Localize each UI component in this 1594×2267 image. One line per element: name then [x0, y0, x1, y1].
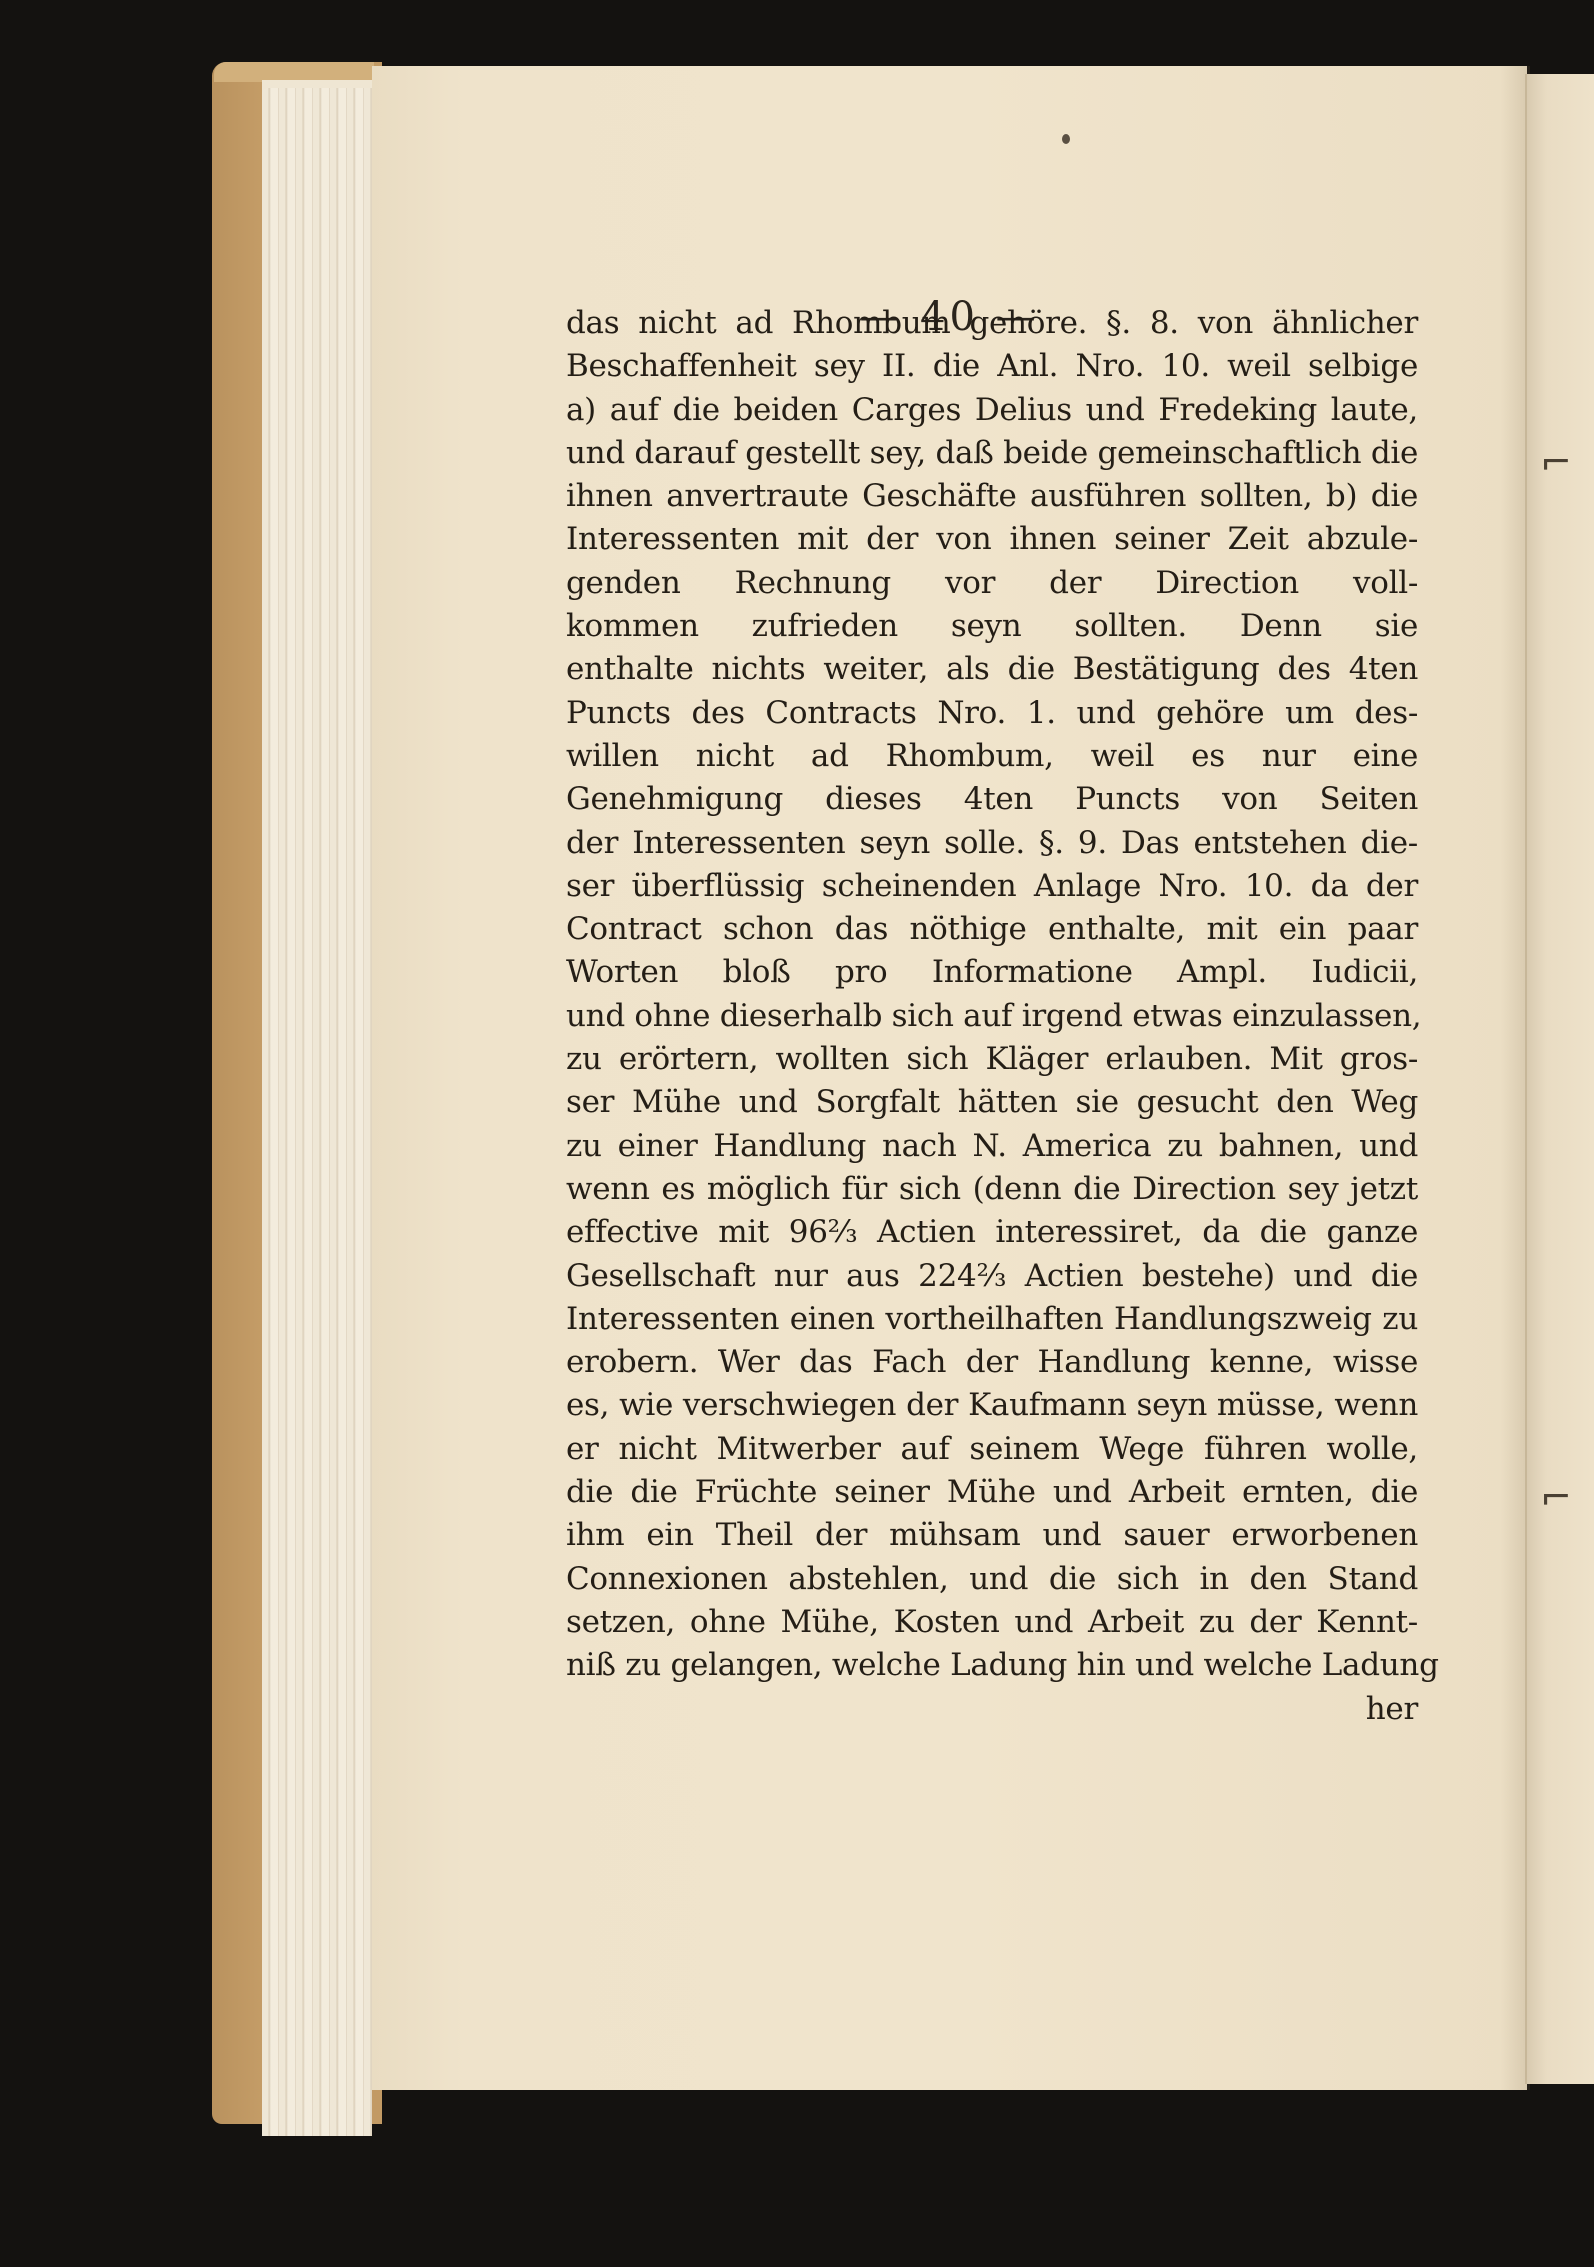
text-line: zu erörtern, wollten sich Kläger erlaube… — [566, 1038, 1418, 1081]
facing-page-mark: ⌐ — [1540, 440, 1572, 484]
text-line: Beschaffenheit sey II. die Anl. Nro. 10.… — [566, 345, 1418, 388]
text-line: er nicht Mitwerber auf seinem Wege führe… — [566, 1428, 1418, 1471]
text-line: niß zu gelangen, welche Ladung hin und w… — [566, 1644, 1418, 1687]
text-line: a) auf die beiden Carges Delius und Fred… — [566, 389, 1418, 432]
text-line: ser überflüssig scheinenden Anlage Nro. … — [566, 865, 1418, 908]
text-line: willen nicht ad Rhombum, weil es nur ein… — [566, 735, 1418, 778]
text-line: das nicht ad Rhombum gehöre. §. 8. von ä… — [566, 302, 1418, 345]
ink-spot — [1062, 134, 1070, 144]
text-line: die die Früchte seiner Mühe und Arbeit e… — [566, 1471, 1418, 1514]
text-line: kommen zufrieden seyn sollten. Denn sie — [566, 605, 1418, 648]
text-line: ihm ein Theil der mühsam und sauer erwor… — [566, 1514, 1418, 1557]
facing-page — [1527, 74, 1594, 2084]
binding-top-edge — [214, 62, 374, 82]
text-line: Gesellschaft nur aus 224⅔ Actien bestehe… — [566, 1255, 1418, 1298]
text-line: wenn es möglich für sich (denn die Direc… — [566, 1168, 1418, 1211]
text-line: es, wie verschwiegen der Kaufmann seyn m… — [566, 1384, 1418, 1427]
text-line: zu einer Handlung nach N. America zu bah… — [566, 1125, 1418, 1168]
text-line: ihnen anvertraute Geschäfte ausführen so… — [566, 475, 1418, 518]
text-line: erobern. Wer das Fach der Handlung kenne… — [566, 1341, 1418, 1384]
page-text: das nicht ad Rhombum gehöre. §. 8. von ä… — [566, 302, 1418, 1731]
text-line: genden Rechnung vor der Direction voll- — [566, 562, 1418, 605]
text-line: Worten bloß pro Informatione Ampl. Iudic… — [566, 951, 1418, 994]
text-line: enthalte nichts weiter, als die Bestätig… — [566, 648, 1418, 691]
catchword: her — [566, 1688, 1418, 1731]
text-line: Interessenten einen vortheilhaften Handl… — [566, 1298, 1418, 1341]
text-line: und ohne dieserhalb sich auf irgend etwa… — [566, 995, 1418, 1038]
text-line: Contract schon das nöthige enthalte, mit… — [566, 908, 1418, 951]
text-line: der Interessenten seyn solle. §. 9. Das … — [566, 822, 1418, 865]
page-stack-edges — [262, 88, 372, 2136]
text-line: ser Mühe und Sorgfalt hätten sie gesucht… — [566, 1081, 1418, 1124]
facing-page-mark: ⌐ — [1540, 1475, 1572, 1519]
text-line: Puncts des Contracts Nro. 1. und gehöre … — [566, 692, 1418, 735]
text-line: effective mit 96⅔ Actien interessiret, d… — [566, 1211, 1418, 1254]
text-line: und darauf gestellt sey, daß beide gemei… — [566, 432, 1418, 475]
text-line: Interessenten mit der von ihnen seiner Z… — [566, 518, 1418, 561]
text-line: Genehmigung dieses 4ten Puncts von Seite… — [566, 778, 1418, 821]
text-line: Connexionen abstehlen, und die sich in d… — [566, 1558, 1418, 1601]
text-line: setzen, ohne Mühe, Kosten und Arbeit zu … — [566, 1601, 1418, 1644]
